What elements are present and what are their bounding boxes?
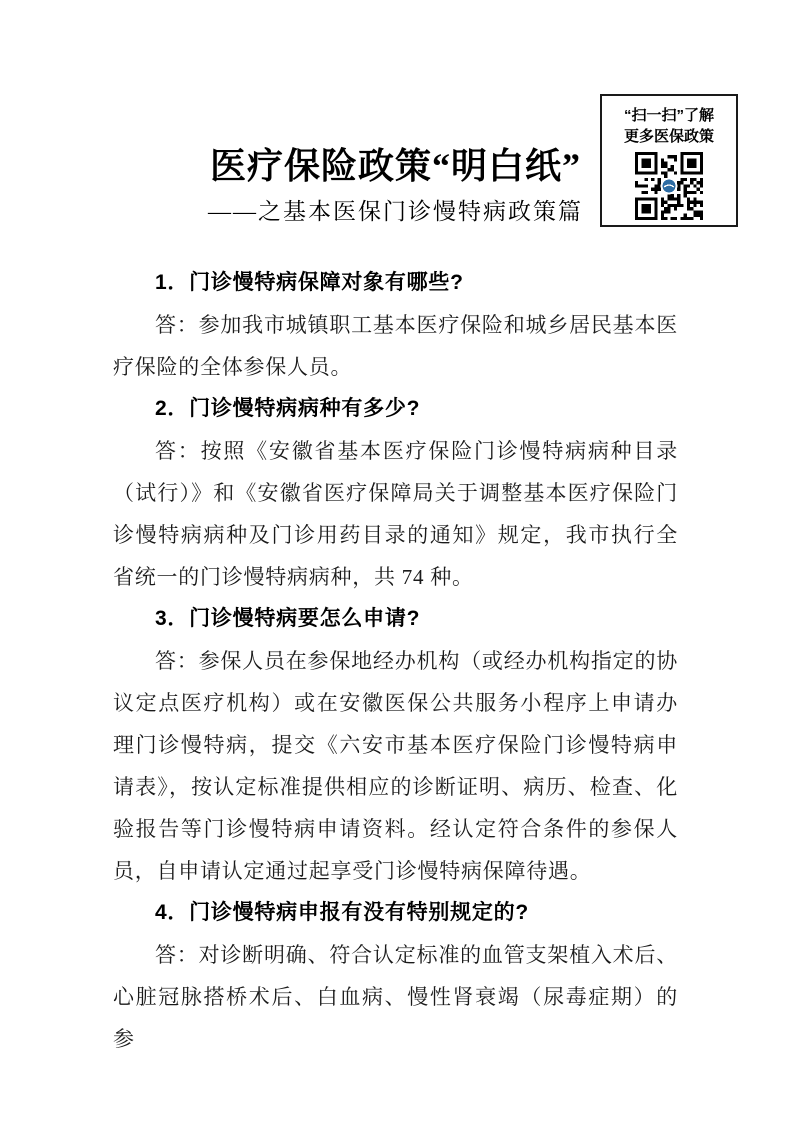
answer-4: 答：对诊断明确、符合认定标准的血管支架植入术后、心脏冠脉搭桥术后、白血病、慢性肾… bbox=[113, 934, 678, 1060]
document-page: “扫一扫”了解 更多医保政策 医疗保险政策“明白纸” ——之基本医保门诊慢特病政… bbox=[0, 0, 793, 1122]
qr-caption-line1: “扫一扫”了解 bbox=[602, 105, 736, 126]
question-3: 3．门诊慢特病要怎么申请? bbox=[113, 598, 678, 640]
answer-1: 答：参加我市城镇职工基本医疗保险和城乡居民基本医疗保险的全体参保人员。 bbox=[113, 304, 678, 388]
page-subtitle: ——之基本医保门诊慢特病政策篇 bbox=[113, 198, 678, 226]
title-block: 医疗保险政策“明白纸” ——之基本医保门诊慢特病政策篇 bbox=[113, 144, 678, 226]
question-1: 1．门诊慢特病保障对象有哪些? bbox=[113, 262, 678, 304]
question-2: 2．门诊慢特病病种有多少? bbox=[113, 388, 678, 430]
answer-3: 答：参保人员在参保地经办机构（或经办机构指定的协议定点医疗机构）或在安徽医保公共… bbox=[113, 640, 678, 892]
qa-body: 1．门诊慢特病保障对象有哪些? 答：参加我市城镇职工基本医疗保险和城乡居民基本医… bbox=[113, 262, 678, 1060]
answer-2: 答：按照《安徽省基本医疗保险门诊慢特病病种目录（试行）》和《安徽省医疗保障局关于… bbox=[113, 430, 678, 598]
question-4: 4．门诊慢特病申报有没有特别规定的? bbox=[113, 892, 678, 934]
page-title: 医疗保险政策“明白纸” bbox=[113, 144, 678, 188]
